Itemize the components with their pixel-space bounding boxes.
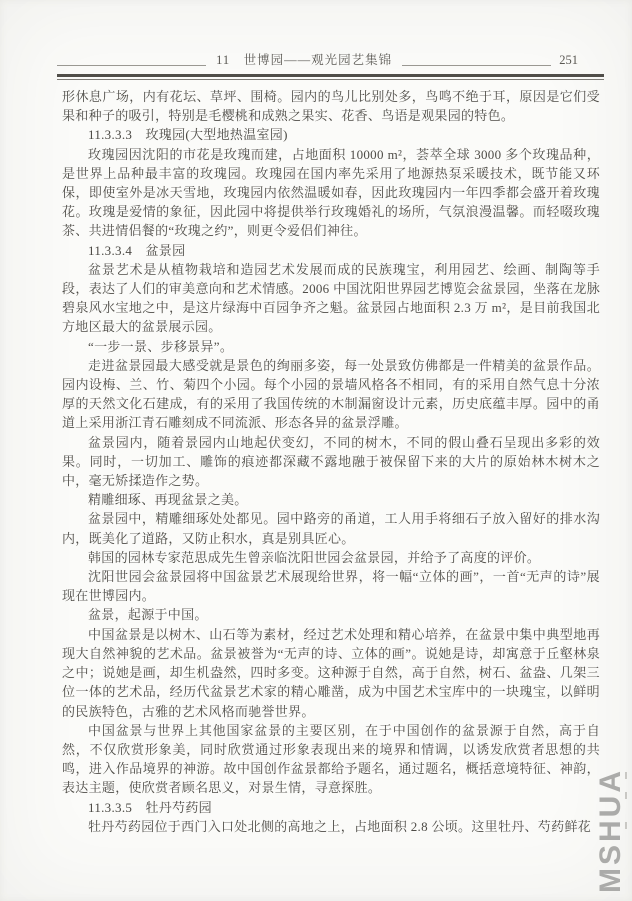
header-rule-thick [57, 74, 604, 77]
watermark-text: MSHUA [594, 768, 628, 893]
section-heading-bonsai-garden: 11.3.3.4 盆景园 [62, 241, 600, 260]
paragraph: 韩国的园林专家范思成先生曾亲临沈阳世园会盆景园，并给予了高度的评价。 [62, 548, 600, 567]
running-head-row: 11 世博园——观光园艺集锦 251 [57, 50, 604, 68]
paragraph: 沈阳世园会盆景园将中国盆景艺术展现给世界，将一幅“立体的画”，一首“无声的诗”展… [62, 567, 600, 605]
paragraph: 牡丹芍药园位于西门入口处北侧的高地之上，占地面积 2.8 公顷。这里牡丹、芍药鲜… [62, 817, 600, 836]
section-heading-peony-garden: 11.3.3.5 牡丹芍药园 [62, 798, 600, 817]
paragraph: 盆景园中，精雕细琢处处都见。园中路旁的甬道，工人用手将细石子放入留好的排水沟内，… [62, 509, 600, 547]
paragraph: 盆景艺术是从植物栽培和造园艺术发展而成的民族瑰宝，利用园艺、绘画、制陶等手段，表… [62, 260, 600, 337]
paragraph: “一步一景、步移景异”。 [62, 337, 600, 356]
paragraph: 中国盆景与世界上其他国家盆景的主要区别，在于中国创作的盆景源于自然，高于自然，不… [62, 721, 600, 798]
paragraph: 中国盆景是以树木、山石等为素材，经过艺术处理和精心培养，在盆景中集中典型地再现大… [62, 625, 600, 721]
header-rule-right [402, 65, 551, 66]
section-heading-rose-garden: 11.3.3.3 玫瑰园(大型地热温室园) [62, 125, 600, 144]
header-rule-left [57, 65, 206, 66]
paragraph: 玫瑰园因沈阳的市花是玫瑰而建，占地面积 10000 m²，荟萃全球 3000 多… [62, 145, 600, 241]
paragraph: 盆景园内，随着景园内山地起伏变幻，不同的树木，不同的假山叠石呈现出多彩的效果。同… [62, 433, 600, 491]
paragraph: 走进盆景园最大感受就是景色的绚丽多姿，每一处景致仿佛都是一件精美的盆景作品。园内… [62, 356, 600, 433]
paragraph: 精雕细琢、再现盆景之美。 [62, 490, 600, 509]
chapter-title: 11 世博园——观光园艺集锦 [206, 50, 402, 68]
page-number: 251 [551, 53, 578, 68]
body-text-column: 形休息广场，内有花坛、草坪、围椅。园内的鸟儿比别处多，鸟鸣不绝于耳，原因是它们受… [62, 87, 600, 836]
header-rule-thin [57, 79, 604, 80]
running-head: 11 世博园——观光园艺集锦 251 [57, 50, 604, 80]
paragraph: 盆景，起源于中国。 [62, 605, 600, 624]
paragraph-continuation: 形休息广场，内有花坛、草坪、围椅。园内的鸟儿比别处多，鸟鸣不绝于耳，原因是它们受… [62, 87, 600, 125]
scanned-book-page: 11 世博园——观光园艺集锦 251 形休息广场，内有花坛、草坪、围椅。园内的鸟… [0, 0, 632, 901]
